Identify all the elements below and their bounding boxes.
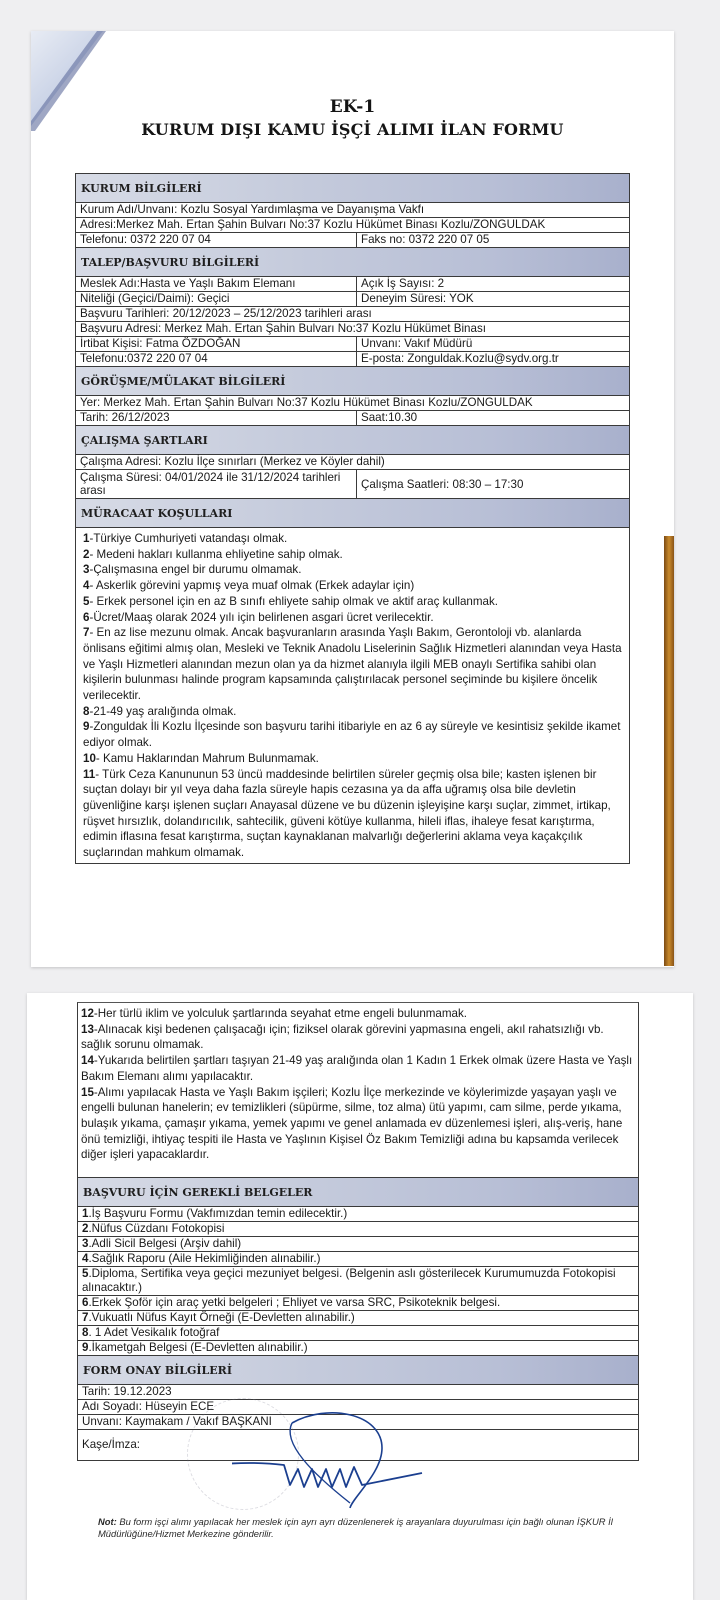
document-text: .İkametgah Belgesi (E-Devletten alınabil… (88, 1341, 307, 1354)
condition-text: -Alınacak kişi bedenen çalışacağı için; … (81, 1023, 604, 1052)
section-header-kurum: KURUM BİLGİLERİ (76, 174, 629, 203)
institution-address: Adresi:Merkez Mah. Ertan Şahin Bulvarı N… (76, 218, 629, 232)
note-label: Not: (98, 1516, 117, 1527)
condition-item: 13-Alınacak kişi bedenen çalışacağı için… (81, 1022, 633, 1053)
application-dates: Başvuru Tarihleri: 20/12/2023 – 25/12/20… (76, 307, 629, 321)
document-item: 9.İkametgah Belgesi (E-Devletten alınabi… (78, 1341, 638, 1356)
document-text: .Nüfus Cüzdanı Fotokopisi (88, 1222, 224, 1235)
document-item: 6.Erkek Şoför için araç yetki belgeleri … (78, 1296, 638, 1311)
condition-item: 1-Türkiye Cumhuriyeti vatandaşı olmak. (83, 531, 624, 547)
interview-time: Saat:10.30 (357, 411, 629, 425)
condition-number: 13 (81, 1023, 94, 1036)
document-page-2: 12-Her türlü iklim ve yolculuk şartların… (27, 993, 693, 1600)
condition-text: - Askerlik görevini yapmış veya muaf olm… (89, 579, 414, 592)
condition-item: 12-Her türlü iklim ve yolculuk şartların… (81, 1006, 633, 1022)
document-title: KURUM DIŞI KAMU İŞÇİ ALIMI İLAN FORMU (31, 120, 674, 139)
condition-text: - Erkek personel için en az B sınıfı ehl… (89, 595, 498, 608)
condition-item: 3-Çalışmasına engel bir durumu olmamak. (83, 562, 624, 578)
contact-email: E-posta: Zonguldak.Kozlu@sydv.org.tr (357, 352, 629, 366)
document-item: 7.Vukuatlı Nüfus Kayıt Örneği (E-Devlett… (78, 1311, 638, 1326)
experience-required: Deneyim Süresi: YOK (357, 292, 629, 306)
condition-number: 12 (81, 1007, 94, 1020)
section-header-calisma: ÇALIŞMA ŞARTLARI (76, 426, 629, 455)
work-period: Çalışma Süresi: 04/01/2024 ile 31/12/202… (76, 470, 357, 498)
application-conditions-continued: 12-Her türlü iklim ve yolculuk şartların… (78, 1003, 638, 1178)
condition-item: 2- Medeni hakları kullanma ehliyetine sa… (83, 547, 624, 563)
institution-fax: Faks no: 0372 220 07 05 (357, 233, 629, 247)
condition-item: 4- Askerlik görevini yapmış veya muaf ol… (83, 578, 624, 594)
document-item: 2.Nüfus Cüzdanı Fotokopisi (78, 1222, 638, 1237)
condition-item: 11- Türk Ceza Kanununun 53 üncü maddesin… (83, 767, 624, 861)
document-text: .Diploma, Sertifika veya geçici mezuniye… (82, 1267, 616, 1294)
condition-text: -Yukarıda belirtilen şartları taşıyan 21… (81, 1054, 632, 1083)
document-text: .İş Başvuru Formu (Vakfımızdan temin edi… (88, 1207, 347, 1220)
document-item: 1.İş Başvuru Formu (Vakfımızdan temin ed… (78, 1207, 638, 1222)
note-text: Bu form işçi alımı yapılacak her meslek … (98, 1516, 613, 1539)
condition-item: 7- En az lise mezunu olmak. Ancak başvur… (83, 625, 624, 704)
contact-title: Unvanı: Vakıf Müdürü (357, 337, 629, 351)
table-edge-background (664, 536, 674, 966)
announcement-form: KURUM BİLGİLERİ Kurum Adı/Unvanı: Kozlu … (75, 173, 630, 864)
condition-text: -Türkiye Cumhuriyeti vatandaşı olmak. (89, 532, 287, 545)
work-address: Çalışma Adresi: Kozlu İlçe sınırları (Me… (76, 455, 629, 469)
document-page-1: EK-1 KURUM DIŞI KAMU İŞÇİ ALIMI İLAN FOR… (31, 31, 674, 967)
condition-number: 14 (81, 1054, 94, 1067)
work-hours: Çalışma Saatleri: 08:30 – 17:30 (357, 470, 629, 498)
faded-stamp (187, 1398, 299, 1510)
condition-text: -21-49 yaş aralığında olmak. (89, 705, 236, 718)
document-item: 4.Sağlık Raporu (Aile Hekimliğinden alın… (78, 1252, 638, 1267)
condition-item: 10- Kamu Haklarından Mahrum Bulunmamak. (83, 751, 624, 767)
occupation-name: Meslek Adı:Hasta ve Yaşlı Bakım Elemanı (76, 277, 357, 291)
interview-date: Tarih: 26/12/2023 (76, 411, 357, 425)
annex-label: EK-1 (31, 97, 674, 117)
required-documents-list: 1.İş Başvuru Formu (Vakfımızdan temin ed… (78, 1207, 638, 1356)
document-text: .Adli Sicil Belgesi (Arşiv dahil) (88, 1237, 241, 1250)
contact-phone: Telefonu:0372 220 07 04 (76, 352, 357, 366)
condition-item: 6-Ücret/Maaş olarak 2024 yılı için belir… (83, 610, 624, 626)
signature-label: Kaşe/İmza: (78, 1430, 638, 1460)
condition-text: -Alımı yapılacak Hasta ve Yaşlı Bakım iş… (81, 1086, 622, 1162)
condition-text: -Ücret/Maaş olarak 2024 yılı için belirl… (89, 611, 433, 624)
condition-item: 5- Erkek personel için en az B sınıfı eh… (83, 594, 624, 610)
condition-number: 11 (83, 768, 95, 781)
condition-number: 10 (83, 752, 96, 765)
condition-text: -Zonguldak İli Kozlu İlçesinde son başvu… (83, 720, 620, 749)
section-header-onay: FORM ONAY BİLGİLERİ (78, 1356, 638, 1385)
application-conditions-list: 1-Türkiye Cumhuriyeti vatandaşı olmak.2-… (76, 528, 629, 864)
condition-item: 14-Yukarıda belirtilen şartları taşıyan … (81, 1053, 633, 1084)
document-text: .Erkek Şoför için araç yetki belgeleri ;… (88, 1296, 500, 1309)
interview-place: Yer: Merkez Mah. Ertan Şahin Bulvarı No:… (76, 396, 629, 410)
document-text: .Sağlık Raporu (Aile Hekimliğinden alına… (88, 1252, 320, 1265)
condition-item: 15-Alımı yapılacak Hasta ve Yaşlı Bakım … (81, 1085, 633, 1164)
condition-text: -Çalışmasına engel bir durumu olmamak. (89, 563, 301, 576)
document-item: 3.Adli Sicil Belgesi (Arşiv dahil) (78, 1237, 638, 1252)
open-positions: Açık İş Sayısı: 2 (357, 277, 629, 291)
condition-item: 8-21-49 yaş aralığında olmak. (83, 704, 624, 720)
approval-date: Tarih: 19.12.2023 (78, 1385, 638, 1399)
condition-number: 15 (81, 1086, 94, 1099)
condition-text: - En az lise mezunu olmak. Ancak başvura… (83, 626, 622, 702)
institution-phone: Telefonu: 0372 220 07 04 (76, 233, 357, 247)
section-header-talep: TALEP/BAŞVURU BİLGİLERİ (76, 248, 629, 277)
condition-text: - Türk Ceza Kanununun 53 üncü maddesinde… (83, 768, 611, 860)
footnote: Not: Bu form işçi alımı yapılacak her me… (98, 1516, 658, 1540)
document-text: . 1 Adet Vesikalık fotoğraf (88, 1326, 219, 1339)
job-nature: Niteliği (Geçici/Daimi): Geçici (76, 292, 357, 306)
section-header-belgeler: BAŞVURU İÇİN GEREKLİ BELGELER (78, 1178, 638, 1207)
announcement-form-continued: 12-Her türlü iklim ve yolculuk şartların… (77, 1002, 639, 1461)
document-item: 5.Diploma, Sertifika veya geçici mezuniy… (78, 1267, 638, 1296)
condition-text: - Kamu Haklarından Mahrum Bulunmamak. (96, 752, 319, 765)
approver-title: Unvanı: Kaymakam / Vakıf BAŞKANI (78, 1415, 638, 1429)
application-address: Başvuru Adresi: Merkez Mah. Ertan Şahin … (76, 322, 629, 336)
section-header-gorusme: GÖRÜŞME/MÜLAKAT BİLGİLERİ (76, 367, 629, 396)
section-header-muracaat: MÜRACAAT KOŞULLARI (76, 499, 629, 528)
contact-person: İrtibat Kişisi: Fatma ÖZDOĞAN (76, 337, 357, 351)
institution-name: Kurum Adı/Unvanı: Kozlu Sosyal Yardımlaş… (76, 203, 629, 217)
condition-item: 9-Zonguldak İli Kozlu İlçesinde son başv… (83, 719, 624, 750)
condition-text: -Her türlü iklim ve yolculuk şartlarında… (94, 1007, 467, 1020)
document-item: 8. 1 Adet Vesikalık fotoğraf (78, 1326, 638, 1341)
approver-name: Adı Soyadı: Hüseyin ECE (78, 1400, 638, 1414)
document-text: .Vukuatlı Nüfus Kayıt Örneği (E-Devlette… (88, 1311, 354, 1324)
condition-text: - Medeni hakları kullanma ehliyetine sah… (89, 548, 342, 561)
